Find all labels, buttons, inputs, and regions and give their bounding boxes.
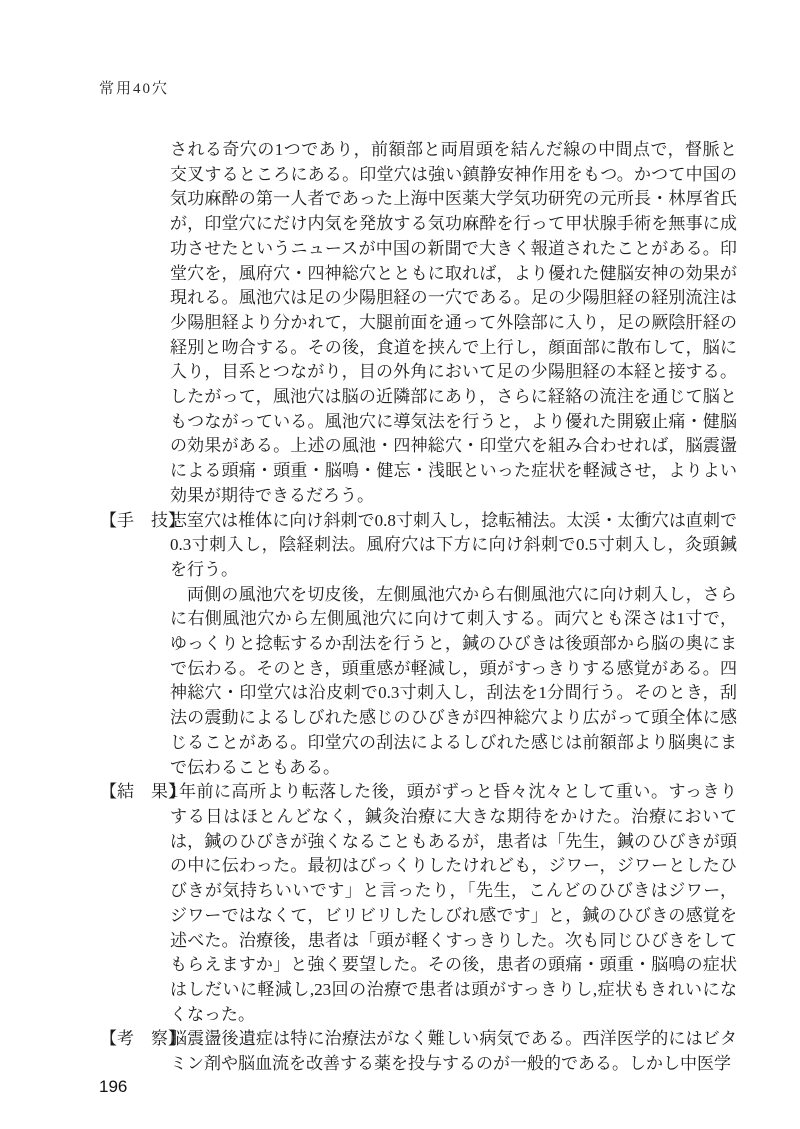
section-label-technique: 【手 技】 bbox=[100, 509, 170, 534]
page-content: される奇穴の1つであり，前額部と両眉頭を結んだ線の中間点で，督脈と交叉するところ… bbox=[100, 138, 737, 1077]
page-number: 196 bbox=[99, 1077, 127, 1097]
paragraph: 脳震盪後遺症は特に治療法がなく難しい病気である。西洋医学的にはビタミン剤や脳血流… bbox=[170, 1027, 737, 1076]
paragraph: 1年前に高所より転落した後，頭がずっと昏々沈々として重い。すっきりする日はほとん… bbox=[170, 780, 737, 1027]
section-text: 1年前に高所より転落した後，頭がずっと昏々沈々として重い。すっきりする日はほとん… bbox=[170, 780, 737, 1027]
section-technique: 【手 技】 志室穴は椎体に向け斜刺で0.8寸刺入し，捻転補法。太渓・太衝穴は直刺… bbox=[100, 509, 737, 781]
section-text: 脳震盪後遺症は特に治療法がなく難しい病気である。西洋医学的にはビタミン剤や脳血流… bbox=[170, 1027, 737, 1076]
section-text: 志室穴は椎体に向け斜刺で0.8寸刺入し，捻転補法。太渓・太衝穴は直刺で0.3寸刺… bbox=[170, 509, 737, 781]
section-label-result: 【結 果】 bbox=[100, 780, 170, 805]
section-label-discussion: 【考 察】 bbox=[100, 1027, 170, 1052]
section-body-continuation: される奇穴の1つであり，前額部と両眉頭を結んだ線の中間点で，督脈と交叉するところ… bbox=[100, 138, 737, 509]
section-text: される奇穴の1つであり，前額部と両眉頭を結んだ線の中間点で，督脈と交叉するところ… bbox=[170, 138, 737, 509]
paragraph: 両側の風池穴を切皮後，左側風池穴から右側風池穴に向け刺入し，さらに右側風池穴から… bbox=[170, 583, 737, 781]
paragraph: 志室穴は椎体に向け斜刺で0.8寸刺入し，捻転補法。太渓・太衝穴は直刺で0.3寸刺… bbox=[170, 509, 737, 583]
section-result: 【結 果】 1年前に高所より転落した後，頭がずっと昏々沈々として重い。すっきりす… bbox=[100, 780, 737, 1027]
running-header: 常用40穴 bbox=[99, 77, 169, 98]
section-discussion: 【考 察】 脳震盪後遺症は特に治療法がなく難しい病気である。西洋医学的にはビタミ… bbox=[100, 1027, 737, 1076]
paragraph: される奇穴の1つであり，前額部と両眉頭を結んだ線の中間点で，督脈と交叉するところ… bbox=[170, 138, 737, 509]
book-page: 常用40穴 される奇穴の1つであり，前額部と両眉頭を結んだ線の中間点で，督脈と交… bbox=[0, 0, 800, 1129]
